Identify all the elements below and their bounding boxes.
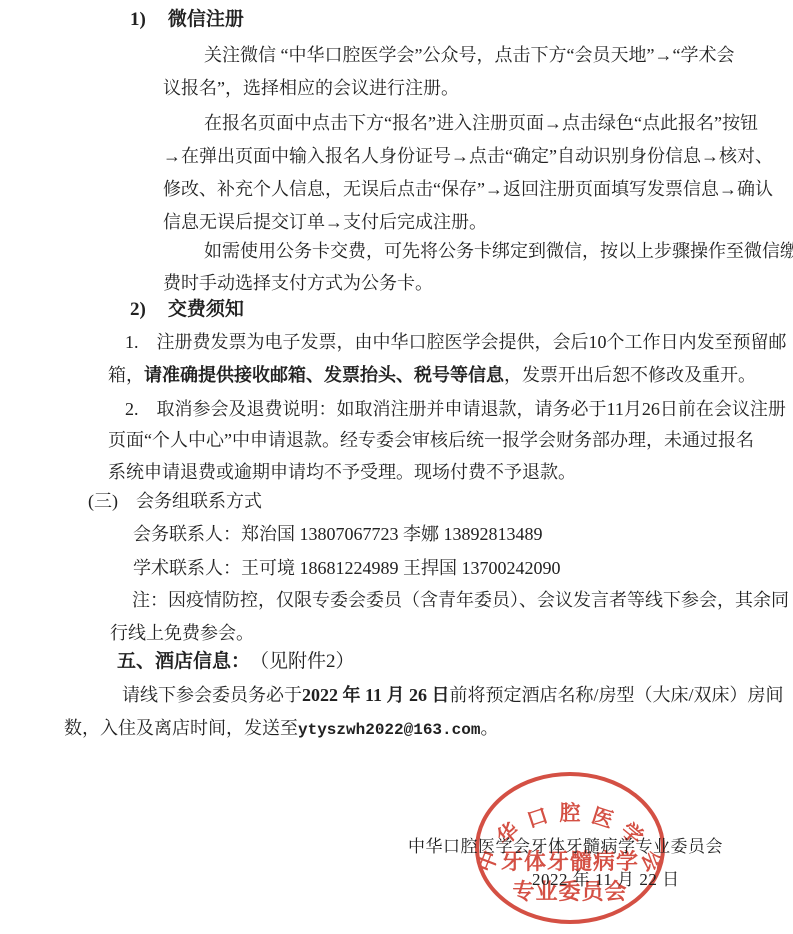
text-segment: 修改、补充个人信息，无误后点击“保存”→返回注册页面填写发票信息→确认 xyxy=(163,178,773,200)
text-segment: 2022 年 11 月 22 日 xyxy=(532,869,680,891)
text-segment: 五、酒店信息： xyxy=(117,651,250,673)
text-segment: 在报名页面中点击下方“报名”进入注册页面→点击绿色“点此报名”按钮 xyxy=(204,112,758,134)
text-segment: ，发票开出后恕不修改及重开。 xyxy=(504,364,756,386)
text-line: 请线下参会委员务必于 2022 年 11 月 26 日前将预定酒店名称/房型（大… xyxy=(122,684,784,706)
text-segment: 2) xyxy=(130,299,146,321)
text-segment: 会务联系人：郑治国 13807067723 李娜 13892813489 xyxy=(133,523,543,545)
text-line: 页面“个人中心”中申请退款。经专委会审核后统一报学会财务部办理，未通过报名 xyxy=(108,429,754,451)
text-line: 如需使用公务卡交费，可先将公务卡绑定到微信，按以上步骤操作至微信缴 xyxy=(204,240,793,262)
text-segment: 前将预定酒店名称/房型（大床/双床）房间 xyxy=(450,684,784,706)
heading-hotel-info: 五、酒店信息：（见附件2） xyxy=(117,651,355,673)
text-line: 议报名”，选择相应的会议进行注册。 xyxy=(163,77,459,99)
heading-payment-notes: 2)交费须知 xyxy=(130,299,244,321)
text-line: 修改、补充个人信息，无误后点击“保存”→返回注册页面填写发票信息→确认 xyxy=(163,178,773,200)
text-line: 1.注册费发票为电子发票，由中华口腔医学会提供，会后10个工作日内发至预留邮 xyxy=(125,331,787,353)
text-segment: 1) xyxy=(130,9,146,31)
text-segment: 关注微信 “中华口腔医学会”公众号，点击下方“会员天地”→“学术会 xyxy=(204,44,734,66)
contact-line-academic: 学术联系人：王可境 18681224989 王捍国 13700242090 xyxy=(133,557,561,579)
text-segment: ytyszwh2022@163.com xyxy=(298,719,480,741)
text-segment: 学术联系人：王可境 18681224989 王捍国 13700242090 xyxy=(133,557,561,579)
text-segment: 注册费发票为电子发票，由中华口腔医学会提供，会后10个工作日内发至预留邮 xyxy=(157,331,787,353)
text-segment: 1. xyxy=(125,331,139,353)
text-segment: 请准确提供接收邮箱、发票抬头、税号等信息 xyxy=(144,364,504,386)
signature-date: 2022 年 11 月 22 日 xyxy=(532,869,680,891)
text-line: 在报名页面中点击下方“报名”进入注册页面→点击绿色“点此报名”按钮 xyxy=(204,112,758,134)
text-line: 注：因疫情防控，仅限专委会委员（含青年委员）、会议发言者等线下参会，其余同 xyxy=(132,589,789,611)
text-segment: 微信注册 xyxy=(168,9,244,31)
text-segment: 页面“个人中心”中申请退款。经专委会审核后统一报学会财务部办理，未通过报名 xyxy=(108,429,754,451)
text-line: →在弹出页面中输入报名人身份证号→点击“确定”自动识别身份信息→核对、 xyxy=(163,145,773,167)
signature-committee-name: 中华口腔医学会牙体牙髓病学专业委员会 xyxy=(408,836,723,858)
text-segment: 系统申请退费或逾期申请均不予受理。现场付费不予退款。 xyxy=(108,461,576,483)
text-segment: （见附件2） xyxy=(250,651,355,673)
text-segment: 取消参会及退费说明：如取消注册并申请退款，请务必于11月26日前在会议注册 xyxy=(157,398,786,420)
text-segment: 如需使用公务卡交费，可先将公务卡绑定到微信，按以上步骤操作至微信缴 xyxy=(204,240,793,262)
text-segment: 2. xyxy=(125,398,139,420)
text-segment: 中华口腔医学会牙体牙髓病学专业委员会 xyxy=(408,836,723,858)
text-line: 关注微信 “中华口腔医学会”公众号，点击下方“会员天地”→“学术会 xyxy=(204,44,734,66)
text-segment: 交费须知 xyxy=(168,299,244,321)
document-page: 中华口腔医学会 牙体牙髓病学 专业委员会 1)微信注册关注微信 “中华口腔医学会… xyxy=(0,0,793,934)
text-segment: 。 xyxy=(480,717,498,739)
text-line: 信息无误后提交订单→支付后完成注册。 xyxy=(163,211,487,233)
text-segment: →在弹出页面中输入报名人身份证号→点击“确定”自动识别身份信息→核对、 xyxy=(163,145,773,167)
text-segment: 数，入住及离店时间，发送至 xyxy=(64,717,298,739)
text-line: 行线上免费参会。 xyxy=(110,622,254,644)
text-segment: 注：因疫情防控，仅限专委会委员（含青年委员）、会议发言者等线下参会，其余同 xyxy=(132,589,789,611)
text-segment: 请线下参会委员务必于 xyxy=(122,684,302,706)
heading-organizer-contacts: (三)会务组联系方式 xyxy=(88,490,262,512)
contact-line-affairs: 会务联系人：郑治国 13807067723 李娜 13892813489 xyxy=(133,523,543,545)
text-segment: 费时手动选择支付方式为公务卡。 xyxy=(163,272,433,294)
text-segment: 2022 年 11 月 26 日 xyxy=(302,684,450,706)
text-segment: 行线上免费参会。 xyxy=(110,622,254,644)
heading-wechat-registration: 1)微信注册 xyxy=(130,9,244,31)
text-segment: 会务组联系方式 xyxy=(136,490,262,512)
text-segment: 箱， xyxy=(108,364,144,386)
text-segment: 信息无误后提交订单→支付后完成注册。 xyxy=(163,211,487,233)
text-line: 箱，请准确提供接收邮箱、发票抬头、税号等信息，发票开出后恕不修改及重开。 xyxy=(108,364,756,386)
text-line: 2.取消参会及退费说明：如取消注册并申请退款，请务必于11月26日前在会议注册 xyxy=(125,398,786,420)
text-line: 费时手动选择支付方式为公务卡。 xyxy=(163,272,433,294)
text-line: 系统申请退费或逾期申请均不予受理。现场付费不予退款。 xyxy=(108,461,576,483)
text-segment: (三) xyxy=(88,490,118,512)
text-line: 数，入住及离店时间，发送至 ytyszwh2022@163.com。 xyxy=(64,717,498,741)
text-segment: 议报名”，选择相应的会议进行注册。 xyxy=(163,77,459,99)
